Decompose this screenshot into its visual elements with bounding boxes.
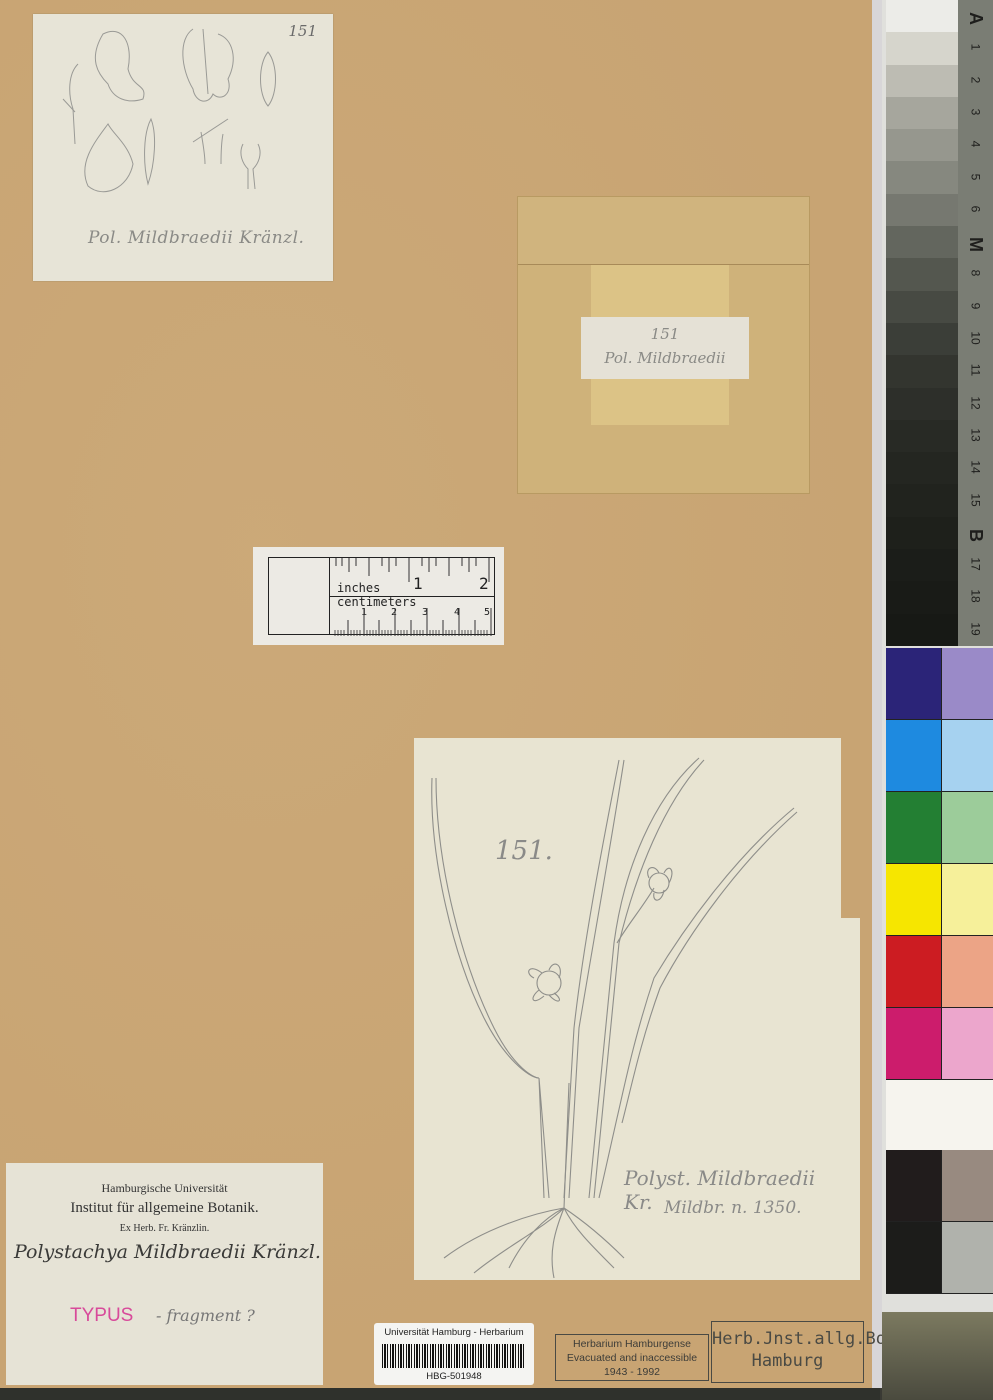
gray-patch — [886, 291, 958, 323]
fragment-note: - fragment ? — [156, 1306, 255, 1325]
scale-label: 14 — [969, 450, 983, 485]
color-patch — [942, 1150, 993, 1221]
chart-footer — [882, 1312, 993, 1400]
scale-label: 13 — [969, 417, 983, 452]
institution-name: Institut für allgemeine Botanik. — [6, 1200, 323, 1217]
gray-patch — [886, 323, 958, 355]
scale-label: 8 — [969, 256, 983, 291]
gray-patch — [886, 161, 958, 193]
color-patch — [886, 648, 942, 719]
color-patch — [886, 720, 942, 791]
gray-patch — [886, 0, 958, 32]
sketch-card: 151 Pol. Mildbraedii Kränzl. — [33, 14, 333, 281]
evacuated-stamp-line2: Evacuated and inaccessible — [556, 1351, 708, 1365]
color-patch — [942, 864, 993, 935]
gray-patch — [886, 226, 958, 258]
barcode-title: Universität Hamburg - Herbarium — [374, 1327, 534, 1338]
grayscale-strip — [886, 0, 958, 646]
plant-drawing-sheet: 151. Polyst. Mildbraedii Kr. Mildbr. n. … — [414, 738, 841, 1280]
color-patch — [886, 792, 942, 863]
color-calibration-chart: A123456M89101112131415B171819 — [882, 0, 993, 1400]
scale-label: 12 — [969, 385, 983, 420]
color-patch — [886, 1008, 942, 1079]
plant-sheet-fold — [840, 918, 860, 1280]
institute-stamp: Herb.Jnst.allg.Bot. Hamburg — [711, 1321, 864, 1383]
evacuated-stamp-years: 1943 - 1992 — [556, 1365, 708, 1379]
color-patch — [942, 792, 993, 863]
gray-patch — [886, 32, 958, 64]
gray-patch — [886, 484, 958, 516]
sketch-number: 151 — [288, 22, 317, 40]
institute-stamp-city: Hamburg — [712, 1350, 863, 1372]
gray-patch — [886, 65, 958, 97]
fragment-packet[interactable]: 151 Pol. Mildbraedii — [517, 196, 810, 494]
institution-university: Hamburgische Universität — [6, 1181, 323, 1196]
packet-flap[interactable] — [518, 197, 809, 265]
scale-label: 3 — [969, 94, 983, 129]
packet-caption: Pol. Mildbraedii — [581, 346, 749, 370]
barcode-id: HBG-501948 — [374, 1371, 534, 1382]
color-patch — [886, 936, 942, 1007]
color-patch — [942, 720, 993, 791]
sketch-caption: Pol. Mildbraedii Kränzl. — [88, 228, 304, 248]
evacuated-stamp-line1: Herbarium Hamburgense — [556, 1337, 708, 1351]
scale-label: 11 — [969, 353, 983, 388]
scale-label: 19 — [969, 611, 983, 646]
packet-label: 151 Pol. Mildbraedii — [581, 317, 749, 379]
sheet-edge — [872, 0, 882, 1388]
typus-stamp: TYPUS — [70, 1305, 133, 1327]
packet-number: 151 — [581, 322, 749, 346]
evacuated-stamp: Herbarium Hamburgense Evacuated and inac… — [555, 1334, 709, 1381]
scale-label: 15 — [969, 482, 983, 517]
color-patch — [886, 864, 942, 935]
color-patch — [942, 1222, 993, 1293]
bottom-shadow — [0, 1388, 880, 1400]
color-row — [886, 936, 993, 1008]
institution-label: Hamburgische Universität Institut für al… — [6, 1163, 323, 1385]
color-row — [886, 1222, 993, 1294]
gray-patch — [886, 97, 958, 129]
gray-patch — [886, 452, 958, 484]
color-row — [886, 1008, 993, 1080]
institution-provenance: Ex Herb. Fr. Kränzlin. — [6, 1223, 323, 1234]
gray-patch — [886, 194, 958, 226]
color-patch — [942, 936, 993, 1007]
color-row — [886, 720, 993, 792]
gray-patch — [886, 355, 958, 387]
scale-ruler: inches 1 2 centimeters 1 2 3 4 5 — [253, 547, 504, 645]
color-row — [886, 792, 993, 864]
gray-patch — [886, 614, 958, 646]
barcode-icon — [382, 1344, 526, 1368]
institute-stamp-line1: Herb.Jnst.allg.Bot. — [712, 1328, 863, 1350]
scale-label: 2 — [969, 62, 983, 97]
color-row — [886, 648, 993, 720]
color-row — [886, 1150, 993, 1222]
gray-patch — [886, 581, 958, 613]
barcode-label: Universität Hamburg - Herbarium HBG-5019… — [374, 1323, 534, 1385]
white-patch — [886, 1080, 993, 1150]
plant-sheet-caption-collector: Mildbr. n. 1350. — [664, 1198, 802, 1218]
color-patch — [886, 1222, 942, 1293]
scale-label: 10 — [969, 321, 983, 356]
color-row — [886, 864, 993, 936]
gray-patch — [886, 517, 958, 549]
scale-label: 18 — [969, 579, 983, 614]
gray-patch — [886, 258, 958, 290]
color-patch — [886, 1150, 942, 1221]
scale-label: 9 — [969, 288, 983, 323]
scale-label: 6 — [969, 191, 983, 226]
color-patch-grid — [886, 648, 993, 1294]
scale-label: 5 — [969, 159, 983, 194]
gray-patch — [886, 549, 958, 581]
color-patch — [942, 648, 993, 719]
gray-patch — [886, 388, 958, 420]
scale-label: 17 — [969, 547, 983, 582]
scale-label: 1 — [969, 30, 983, 65]
species-name-handwritten: Polystachya Mildbraedii Kränzl. — [14, 1241, 321, 1263]
gray-patch — [886, 129, 958, 161]
grayscale-labels: A123456M89101112131415B171819 — [958, 0, 993, 646]
color-patch — [942, 1008, 993, 1079]
gray-patch — [886, 420, 958, 452]
scale-label: 4 — [969, 127, 983, 162]
plant-sheet-number: 151. — [495, 836, 553, 866]
ruler-ticks-icon — [269, 558, 496, 636]
